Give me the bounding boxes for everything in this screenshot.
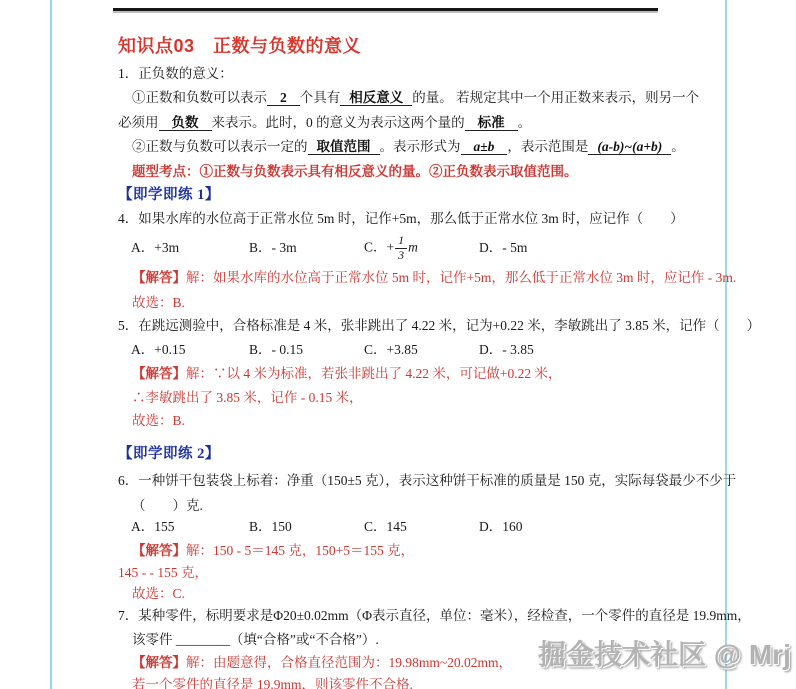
section-title: 知识点03 正数与负数的意义 bbox=[118, 36, 666, 56]
blank-answer: 2 bbox=[267, 90, 300, 106]
option-b: B．150 bbox=[249, 517, 364, 537]
exam-points: 题型考点：①正数与负数表示具有相反意义的量。②正负数表示取值范围。 bbox=[118, 162, 680, 182]
question-7-solution-2: 若一个零件的直径是 19.9mm，则该零件不合格. bbox=[118, 675, 680, 689]
fraction: 13 bbox=[395, 234, 407, 263]
blank-formula: a±b bbox=[461, 139, 508, 155]
knowledge-line-1: ①正数和负数可以表示2个具有相反意义的量。 若规定其中一个用正数来表示，则另一个 bbox=[118, 88, 680, 108]
question-5-solution-1: 【解答】解：∵以 4 米为标准，若张非跳出了 4.22 米，可记做+0.22 米… bbox=[118, 364, 680, 384]
top-border-rule bbox=[113, 8, 658, 11]
question-4-options: A．+3m B．- 3m C．+13m D．- 5m bbox=[118, 230, 679, 266]
solution-label: 【解答】 bbox=[132, 270, 186, 285]
question-4-text: 4．如果水库的水位高于正常水位 5m 时，记作+5m，那么低于正常水位 3m 时… bbox=[118, 209, 666, 229]
option-a: A．+3m bbox=[131, 238, 249, 258]
watermark: 掘金技术社区 @ Mrj bbox=[538, 633, 791, 673]
blank-answer: 标准 bbox=[465, 115, 518, 131]
blank-answer: 负数 bbox=[159, 115, 212, 131]
option-d: D．160 bbox=[479, 517, 523, 537]
knowledge-item-title: 1．正负数的意义： bbox=[118, 64, 666, 84]
question-5-solution-2: ∴李敏跳出了 3.85 米，记作 - 0.15 米， bbox=[118, 388, 680, 408]
question-5-options: A．+0.15 B．- 0.15 C．+3.85 D．- 3.85 bbox=[118, 340, 679, 360]
question-6-solution-3: 故选：C. bbox=[118, 584, 680, 604]
option-a: A．155 bbox=[131, 517, 249, 537]
option-a: A．+0.15 bbox=[131, 340, 249, 360]
question-4-solution-1: 【解答】解：如果水库的水位高于正常水位 5m 时，记作+5m，那么低于正常水位 … bbox=[118, 268, 680, 288]
question-6-options: A．155 B．150 C．145 D．160 bbox=[118, 517, 679, 537]
option-c: C．+3.85 bbox=[364, 340, 479, 360]
blank-answer: 相反意义 bbox=[340, 90, 412, 106]
option-b: B．- 3m bbox=[249, 238, 364, 258]
question-7-text-line-1: 7．某种零件，标明要求是Φ20±0.02mm（Φ表示直径，单位：毫米），经检查，… bbox=[118, 606, 666, 626]
option-c: C．+13m bbox=[364, 234, 479, 263]
question-5-text: 5．在跳远测验中，合格标准是 4 米，张非跳出了 4.22 米，记为+0.22 … bbox=[118, 316, 666, 336]
question-6-text-line-1: 6．一种饼干包装袋上标着：净重（150±5 克），表示这种饼干标准的质量是 15… bbox=[118, 471, 666, 491]
worksheet-page: { "colors":{ "section_title_red":"#d8352… bbox=[0, 0, 796, 689]
knowledge-line-2: 必须用负数来表示。此时，0 的意义为表示这两个量的标准。 bbox=[118, 113, 666, 133]
question-5-solution-3: 故选：B. bbox=[118, 411, 680, 431]
option-c: C．145 bbox=[364, 517, 479, 537]
option-d: D．- 3.85 bbox=[479, 340, 534, 360]
question-6-solution-1: 【解答】解：150 - 5＝145 克，150+5＝155 克， bbox=[118, 541, 680, 561]
option-d: D．- 5m bbox=[479, 238, 527, 258]
blank-answer: 取值范围 bbox=[308, 139, 380, 155]
solution-label: 【解答】 bbox=[132, 366, 186, 381]
question-4-solution-2: 故选：B. bbox=[118, 293, 680, 313]
practice-1-header: 【即学即练 1】 bbox=[118, 185, 666, 205]
question-6-text-line-2: （ ）克. bbox=[118, 496, 680, 516]
practice-2-header: 【即学即练 2】 bbox=[118, 444, 666, 464]
knowledge-line-3: ②正数与负数可以表示一定的取值范围。表示形式为a±b，表示范围是(a-b)~(a… bbox=[118, 137, 680, 157]
solution-label: 【解答】 bbox=[132, 543, 186, 558]
option-b: B．- 0.15 bbox=[249, 340, 364, 360]
page-edge-line-left bbox=[50, 0, 52, 689]
question-6-solution-2: 145 - - 155 克， bbox=[118, 563, 666, 583]
page-edge-line-right bbox=[725, 0, 727, 689]
blank-formula: (a-b)~(a+b) bbox=[588, 139, 671, 155]
solution-label: 【解答】 bbox=[132, 655, 186, 670]
